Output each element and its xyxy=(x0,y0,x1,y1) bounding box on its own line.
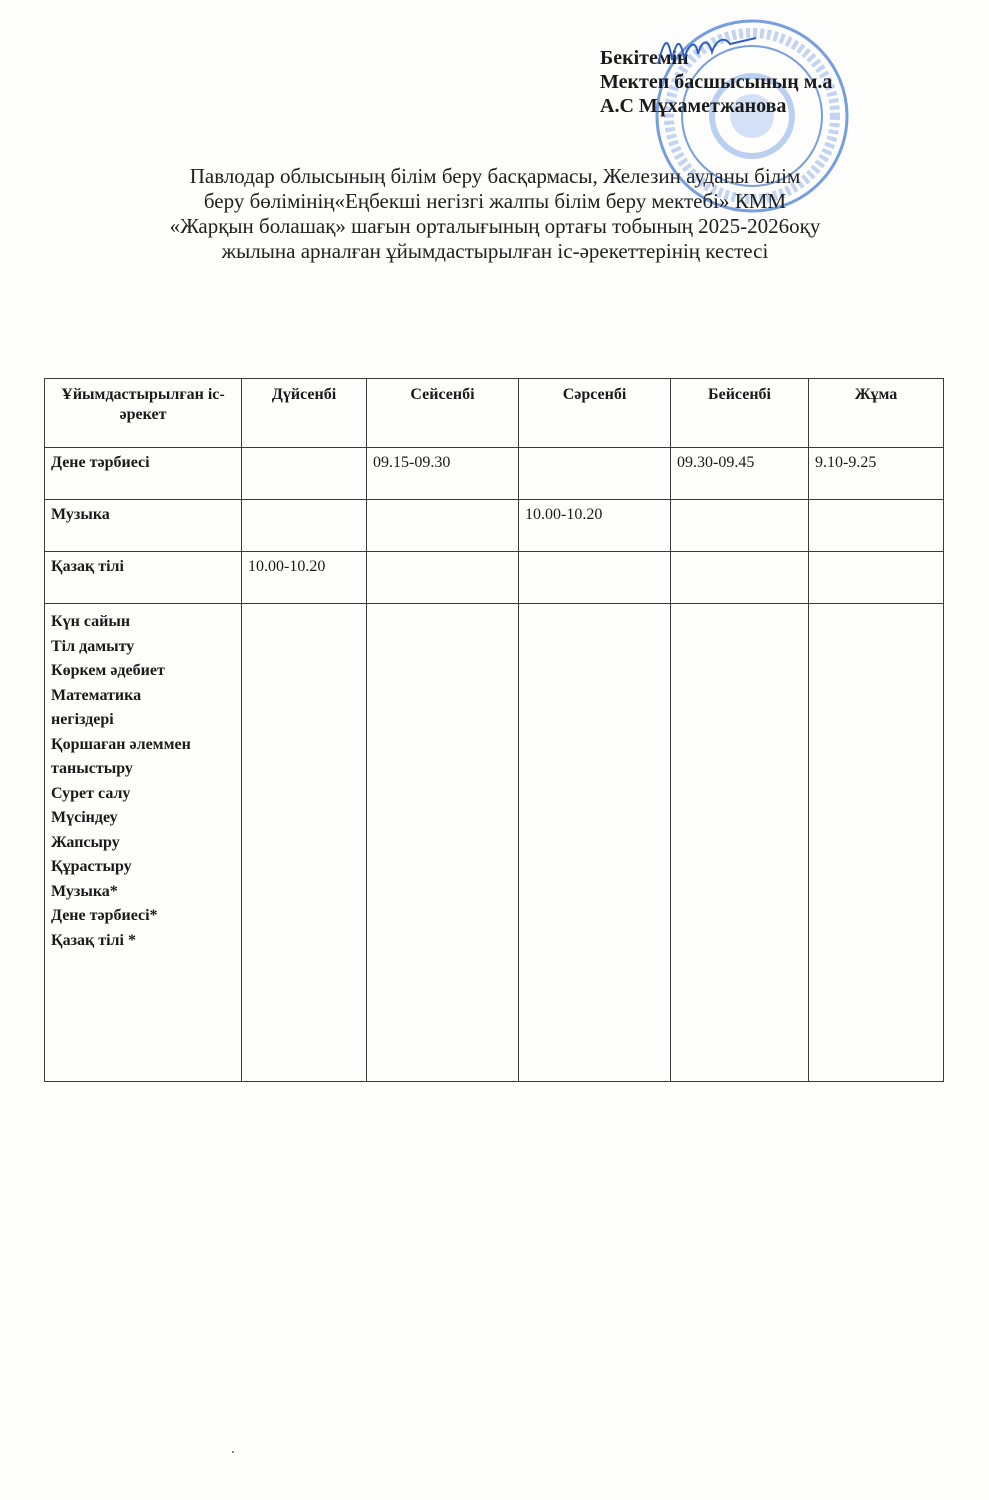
daily-item: Жапсыру xyxy=(51,831,235,856)
daily-item: Дене тәрбиесі* xyxy=(51,904,235,929)
column-header-wednesday: Сәрсенбі xyxy=(519,379,671,448)
daily-item: Музыка* xyxy=(51,880,235,905)
document-title: Павлодар облысының білім беру басқармасы… xyxy=(110,164,880,264)
daily-item: Құрастыру xyxy=(51,855,235,880)
time-cell: 09.15-09.30 xyxy=(367,448,519,500)
activity-cell: Дене тәрбиесі xyxy=(45,448,242,500)
time-cell xyxy=(519,604,671,1082)
daily-item: Қазақ тілі * xyxy=(51,929,235,954)
time-cell: 10.00-10.20 xyxy=(242,552,367,604)
time-cell xyxy=(671,604,809,1082)
title-line: «Жарқын болашақ» шағын орталығының ортағ… xyxy=(110,214,880,239)
time-cell xyxy=(809,500,944,552)
time-cell xyxy=(809,604,944,1082)
daily-item: Мүсіндеу xyxy=(51,806,235,831)
daily-item: негіздері xyxy=(51,708,235,733)
column-header-thursday: Бейсенбі xyxy=(671,379,809,448)
schedule-table: Ұйымдастырылған іс-әрекет Дүйсенбі Сейсе… xyxy=(44,378,944,1082)
time-cell xyxy=(809,552,944,604)
activity-cell: Музыка xyxy=(45,500,242,552)
table-row: Қазақ тілі 10.00-10.20 xyxy=(45,552,944,604)
scan-speck xyxy=(232,1451,234,1453)
daily-item: таныстыру xyxy=(51,757,235,782)
time-cell xyxy=(671,552,809,604)
table-row-daily: Күн сайын Тіл дамыту Көркем әдебиет Мате… xyxy=(45,604,944,1082)
daily-item: Қоршаған әлеммен xyxy=(51,733,235,758)
daily-item: Математика xyxy=(51,684,235,709)
time-cell xyxy=(367,604,519,1082)
time-cell xyxy=(242,448,367,500)
time-cell xyxy=(519,448,671,500)
column-header-tuesday: Сейсенбі xyxy=(367,379,519,448)
signature-icon xyxy=(650,30,760,70)
title-line: Павлодар облысының білім беру басқармасы… xyxy=(110,164,880,189)
header-row: Ұйымдастырылған іс-әрекет Дүйсенбі Сейсе… xyxy=(45,379,944,448)
title-line: жылына арналған ұйымдастырылған іс-әреке… xyxy=(110,239,880,264)
time-cell xyxy=(242,604,367,1082)
time-cell xyxy=(367,500,519,552)
approval-line: А.С Мұхаметжанова xyxy=(600,94,832,118)
table-row: Дене тәрбиесі 09.15-09.30 09.30-09.45 9.… xyxy=(45,448,944,500)
daily-item: Сурет салу xyxy=(51,782,235,807)
time-cell xyxy=(671,500,809,552)
title-line: беру бөлімінің«Еңбекші негізгі жалпы біл… xyxy=(110,189,880,214)
time-cell xyxy=(367,552,519,604)
approval-line: Мектеп басшысының м.а xyxy=(600,70,832,94)
column-header-friday: Жұма xyxy=(809,379,944,448)
table-row: Музыка 10.00-10.20 xyxy=(45,500,944,552)
time-cell: 09.30-09.45 xyxy=(671,448,809,500)
time-cell: 9.10-9.25 xyxy=(809,448,944,500)
daily-item: Көркем әдебиет xyxy=(51,659,235,684)
daily-item: Тіл дамыту xyxy=(51,635,235,660)
time-cell: 10.00-10.20 xyxy=(519,500,671,552)
time-cell xyxy=(242,500,367,552)
column-header-activity: Ұйымдастырылған іс-әрекет xyxy=(45,379,242,448)
daily-item: Күн сайын xyxy=(51,610,235,635)
daily-activities-cell: Күн сайын Тіл дамыту Көркем әдебиет Мате… xyxy=(45,604,242,1082)
time-cell xyxy=(519,552,671,604)
activity-cell: Қазақ тілі xyxy=(45,552,242,604)
column-header-monday: Дүйсенбі xyxy=(242,379,367,448)
